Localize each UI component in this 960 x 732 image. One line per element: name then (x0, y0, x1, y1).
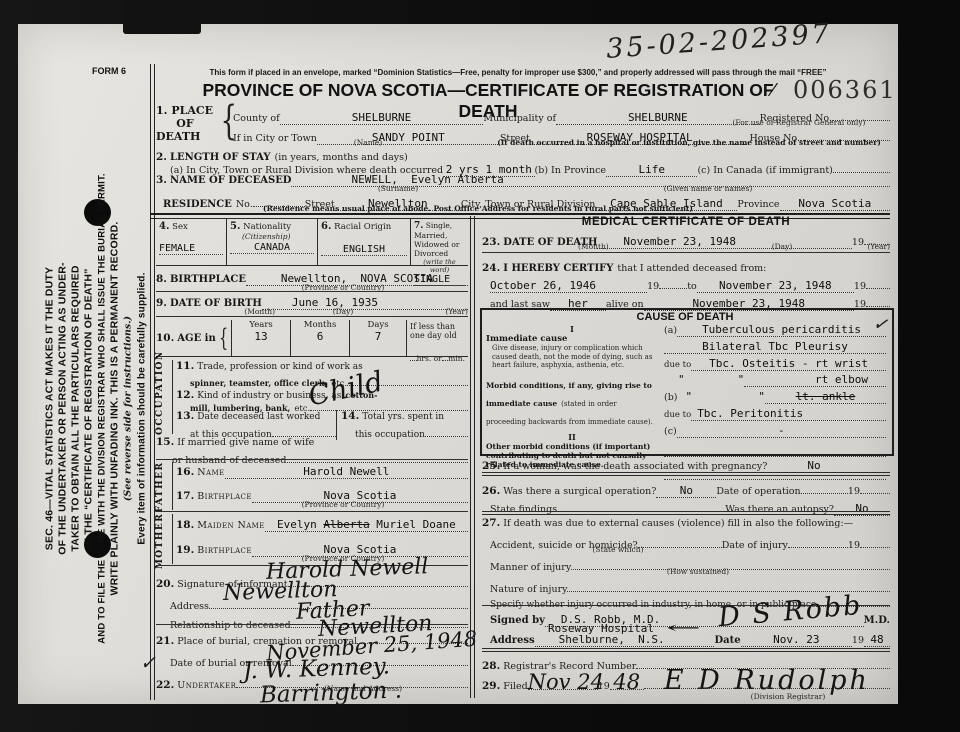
injury-date-field (788, 533, 848, 548)
municipality-label: Municipality of (483, 113, 556, 124)
age-days-cell: Days 7 (349, 320, 406, 356)
mail-note: This form if placed in an envelope, mark… (168, 68, 868, 77)
date-of-death-subs: (Month) (Day) (Year) (578, 242, 890, 251)
cause-a-value: Tuberculous pericarditis (702, 323, 861, 336)
item-number: 26. (482, 485, 500, 497)
dod-day-sub: (Day) (714, 242, 850, 251)
date-label: Date (714, 635, 740, 646)
pregnancy-field: No (767, 458, 890, 473)
item-number: 9. (156, 297, 167, 309)
item-number: 24. (482, 262, 500, 274)
alive-year-field (866, 292, 890, 307)
cause-a4-value: rt elbow (815, 373, 868, 386)
operation-row: 26. Was there a surgical operation? No D… (482, 479, 890, 498)
immediate-cause-note: Give disease, injury or complication whi… (486, 344, 658, 370)
date-value: Nov. 23 (773, 633, 819, 646)
age-months-label: Months (291, 320, 349, 330)
margin-line: Every item of information should be care… (136, 119, 149, 699)
father-name-label: Name (197, 467, 224, 478)
signed-by-label: Signed by (490, 615, 545, 626)
due-to-label: due to (664, 410, 691, 420)
place-label-1: PLACE (171, 104, 213, 117)
cause-a2-value: Bilateral Tbc Pleurisy (702, 340, 848, 353)
cause-b-value: lt. ankle (796, 390, 856, 403)
occupation-side-label: OCCUPATION (155, 355, 165, 435)
occupation-rule (172, 360, 173, 434)
dob-day-sub: (Day) (301, 307, 384, 316)
division-registrar-sub: (Division Registrar) (718, 692, 858, 701)
item-number: 4. (159, 221, 169, 232)
attended-from-field: October 26, 1946 (490, 278, 647, 293)
pregnancy-row: 25. If a woman, was the death associated… (482, 458, 890, 473)
rule (156, 316, 468, 317)
occ-13-field (272, 422, 336, 437)
archive-reference-handwritten: 35-02-202397 (605, 18, 833, 65)
province-value: Nova Scotia (798, 197, 871, 210)
cause-a3-field: Tbc. Osteitis - rt wrist (691, 356, 886, 371)
county-field: SHELBURNE (280, 110, 484, 125)
medical-certificate-title: MEDICAL CERTIFICATE OF DEATH (482, 216, 890, 228)
father-side-label: FATHER (155, 457, 165, 517)
due-to-label: due to (664, 360, 691, 370)
county-label: County of (233, 113, 280, 124)
margin-line: WRITE PLAINLY WITH UNFADING INK. THIS IS… (109, 119, 122, 699)
dob-year-sub: (Year) (385, 307, 468, 316)
form-number: FORM 6 (92, 66, 126, 76)
dod-year-sub: (Year) (850, 242, 890, 251)
age-years-cell: Years 13 (231, 320, 290, 356)
occ-15-line1: If married give name of wife (177, 437, 314, 448)
cause-a2-field: Bilateral Tbc Pleurisy (664, 339, 886, 354)
mother-side-label: MOTHER (155, 509, 165, 573)
mother-maiden-struck: Alberta (323, 518, 369, 531)
immediate-cause-label: Immediate cause (486, 334, 658, 344)
racial-origin-cell: 6. Racial Origin ENGLISH (317, 219, 410, 265)
cause-notes-column: I Immediate cause Give disease, injury o… (486, 324, 658, 469)
place-label-2: OF (156, 117, 214, 130)
item-number: 6. (321, 221, 331, 232)
age-months-value: 6 (291, 330, 349, 343)
operation-value: No (680, 484, 693, 497)
place-of-death-label: 1. PLACE OF DEATH (156, 104, 214, 143)
pregnancy-label: If a woman, was the death associated wit… (503, 461, 767, 472)
signed-year-field: 48 (864, 632, 890, 647)
operation-year-field (860, 479, 890, 494)
cause-c-field: - (677, 423, 886, 438)
dob-subs: (Month) (Day) (Year) (218, 307, 468, 316)
cause-b-field: lt. ankle (765, 389, 886, 404)
scan-notch (123, 0, 201, 34)
mother-maiden-value-a: Evelyn (277, 518, 323, 531)
item-number: 29. (482, 680, 500, 692)
deceased-label: NAME OF DECEASED (170, 175, 292, 186)
mother-rule (172, 514, 173, 564)
residence-note: (Residence means usual place of abode. P… (238, 204, 718, 213)
findings-field (557, 497, 725, 512)
residence-label: RESIDENCE (163, 199, 232, 210)
cause-c-label: (c) (664, 426, 677, 437)
attended-to-field: November 23, 1948 (697, 278, 854, 293)
item-number: 7. (414, 221, 423, 231)
item-number: 2. (156, 151, 167, 163)
age-label: AGE in (177, 333, 215, 344)
injury-year-field (860, 533, 890, 548)
signed-year-value: 48 (870, 633, 883, 646)
manner-label: Manner of injury (490, 562, 571, 573)
other-morbid-field-1 (664, 442, 886, 457)
occ-15: 15.If married give name of wife or husba… (156, 436, 468, 466)
age-days-label: Days (350, 320, 406, 330)
cause-a3-value: Tbc. Osteitis - rt wrist (709, 357, 868, 370)
item-number: 10. (156, 332, 174, 344)
item-number: 3. (156, 174, 167, 186)
year-prefix: 19 (598, 681, 610, 692)
occ-13-line1: Date deceased last worked (197, 412, 320, 422)
rule (156, 459, 468, 460)
item-number: 21. (156, 635, 174, 647)
father-rule (172, 462, 173, 510)
address-value: Shelburne, N.S. (559, 633, 665, 646)
checkmark-icon: ✓ (872, 313, 890, 336)
dob-month-sub: (Month) (218, 307, 301, 316)
scanner-background: SEC. 46—VITAL STATISTICS ACT MAKES IT TH… (0, 0, 960, 732)
place-label-3: DEATH (156, 130, 214, 143)
operation-label: Was there a surgical operation? (503, 486, 656, 497)
province-field: Nova Scotia (780, 196, 890, 211)
rule (156, 511, 468, 512)
attended-from-value: October 26, 1946 (490, 279, 596, 292)
sex-cell: 4. Sex FEMALE (156, 219, 226, 265)
sex-label: Sex (172, 222, 188, 232)
year-prefix: 19 (854, 281, 866, 292)
marital-label-2: Widowed or Divorced (414, 240, 465, 258)
occ-14-line1: Total yrs. spent in (362, 412, 444, 422)
address-date-row: Address Shelburne, N.S. Date Nov. 23 19 … (490, 632, 890, 647)
year-prefix: 19 (852, 635, 864, 646)
item-number: 18. (176, 519, 194, 531)
age-months-cell: Months 6 (290, 320, 349, 356)
age-label-cell: 10. AGE in { (156, 320, 231, 356)
to-label: to (687, 281, 697, 292)
margin-line: OF THE UNDERTAKER OR PERSON ACTING AS UN… (57, 119, 70, 699)
birthplace-label: BIRTHPLACE (170, 274, 246, 285)
father-name-value: Harold Newell (303, 465, 389, 478)
age-hours-cell: If less than one day old hrs. or min. (406, 320, 468, 356)
year-prefix: 19 (848, 486, 860, 497)
external-causes-row: 27. If death was due to external causes … (482, 517, 890, 529)
item-number: 22. (156, 679, 174, 691)
rule (482, 648, 890, 652)
item-number: 13. (176, 410, 194, 422)
cause-a4-ditto: " " (678, 373, 744, 386)
undertaker-label: Undertaker (177, 680, 236, 691)
item-number: 20. (156, 578, 174, 590)
operation-date-label: Date of operation (716, 486, 800, 497)
cause-a-field: Tuberculous pericarditis (677, 322, 886, 337)
address-label: Address (490, 635, 535, 646)
year-prefix: 19 (848, 540, 860, 551)
certify-dates-row: October 26, 1946 19 to November 23, 1948… (490, 274, 890, 293)
cause-b2-field: Tbc. Peritonitis (691, 406, 886, 421)
father-birthplace-label: Birthplace (197, 491, 252, 502)
age-table: 10. AGE in { Years 13 Months 6 Days 7 If… (156, 320, 468, 357)
nationality-cell: 5. Nationality (Citizenship) CANADA (226, 219, 317, 265)
external-causes-label: If death was due to external causes (vio… (503, 518, 853, 529)
filed-year-handwritten: 48 (613, 670, 640, 694)
margin-instructions: SEC. 46—VITAL STATISTICS ACT MAKES IT TH… (44, 119, 149, 699)
filed-row: 29. Filed Nov 24 19 48 E D Rudolph (482, 674, 890, 692)
filed-date-field: Nov 24 (528, 675, 598, 690)
dod-month-sub: (Month) (578, 242, 714, 251)
item-number: 16. (176, 466, 194, 478)
item-number: 14. (341, 410, 359, 422)
nationality-label: Nationality (243, 222, 291, 232)
cause-b-label: (b) (664, 392, 678, 403)
margin-line: TAKER TO OBTAIN ALL THE PARTICULARS REQU… (70, 119, 83, 699)
occ-15-field (287, 448, 468, 463)
cause-b2-value: Tbc. Peritonitis (697, 407, 803, 420)
age-years-value: 13 (232, 330, 290, 343)
city-name-sub: (Name) (298, 138, 438, 147)
state-which-sub: (State which) (558, 545, 678, 554)
cause-a4-field: rt elbow (744, 372, 886, 387)
rule (482, 252, 890, 253)
rule (482, 511, 890, 515)
margin-line: SEC. 46—VITAL STATISTICS ACT MAKES IT TH… (44, 119, 57, 699)
division-registrar-field: E D Rudolph (644, 674, 890, 689)
address-field: Shelburne, N.S. (535, 632, 715, 647)
cause-a-label: (a) (664, 325, 677, 336)
date-field: Nov. 23 (741, 632, 852, 647)
mother-maiden-value-b: Muriel Doane (370, 518, 456, 531)
checkmark-icon: ✓ (140, 652, 156, 674)
age-days-value: 7 (350, 330, 406, 343)
accident-row: Accident, suicide or homicide? Date of i… (490, 533, 890, 551)
father-birthplace-sub: (Province or Country) (268, 500, 418, 509)
certify-label-bold: I HEREBY CERTIFY (503, 263, 613, 274)
nationality-value: CANADA (230, 242, 314, 254)
from-year-field (659, 274, 687, 289)
item-number: 8. (156, 273, 167, 285)
informant-address-label: Address (170, 601, 209, 612)
item-number: 5. (230, 221, 240, 232)
filed-label: Filed (503, 681, 527, 692)
item-number: 23. (482, 236, 500, 248)
demographics-table: 4. Sex FEMALE 5. Nationality (Citizenshi… (156, 218, 468, 266)
md-label: M.D. (864, 615, 890, 626)
to-year-field (866, 274, 890, 289)
racial-origin-label: Racial Origin (334, 222, 391, 232)
operation-date-field (801, 479, 848, 494)
cause-section-2: II (486, 432, 658, 442)
cause-b-ditto: " " (686, 390, 765, 403)
item-number: 17. (176, 490, 194, 502)
nature-field (567, 577, 890, 592)
mother-birthplace-label: Birthplace (197, 545, 252, 556)
hospital-note: (If death occurred in a hospital or inst… (488, 138, 890, 147)
province-label: Province (737, 199, 779, 210)
item-number: 27. (482, 517, 500, 529)
certificate-number-stamp: 006361 (793, 76, 897, 104)
mother-maiden-label: Maiden Name (197, 520, 264, 531)
mother-maiden-row: 18. Maiden Name Evelyn Alberta Muriel Do… (176, 517, 468, 532)
cause-section-1: I (486, 324, 658, 334)
rule (482, 472, 890, 476)
age-less-label: If less than one day old (410, 322, 465, 340)
operation-field: No (656, 483, 716, 498)
how-sustained-sub: (How sustained) (638, 567, 758, 576)
sex-value: FEMALE (159, 243, 223, 255)
margin-line: IN THE “CERTIFICATE OF REGISTRATION OF D… (83, 119, 96, 699)
father-name-row: 16. Name Harold Newell (176, 464, 468, 479)
filed-year-field: 48 (610, 675, 644, 690)
marital-cell: 7. Single, Married, Widowed or Divorced … (410, 219, 468, 265)
injury-date-label: Date of injury (722, 540, 788, 551)
pregnancy-value: No (807, 459, 820, 472)
nationality-sub: (Citizenship) (242, 232, 314, 241)
racial-origin-value: ENGLISH (321, 244, 407, 256)
item-number: 28. (482, 660, 500, 672)
father-name-field: Harold Newell (225, 464, 468, 479)
age-years-label: Years (232, 320, 290, 330)
item-number: 1. (156, 104, 167, 117)
column-divider (470, 216, 475, 698)
item-number: 15. (156, 436, 174, 448)
undertaker-address-handwritten: Barrington . (260, 678, 403, 709)
mother-maiden-field: Evelyn Alberta Muriel Doane (265, 517, 468, 532)
item-number: 19. (176, 544, 194, 556)
cause-values-column: (a)Tuberculous pericarditis Bilateral Tb… (664, 322, 886, 480)
item-number: 25. (482, 460, 500, 472)
certify-label-rest: that I attended deceased from: (617, 263, 766, 274)
stay-c-field (833, 158, 890, 173)
attended-to-value: November 23, 1948 (719, 279, 832, 292)
occ-14-field (425, 422, 468, 437)
year-prefix: 19 (647, 281, 659, 292)
municipality-value: SHELBURNE (628, 111, 688, 124)
county-value: SHELBURNE (352, 111, 412, 124)
rule (156, 291, 468, 292)
cause-c-value: - (778, 424, 785, 437)
margin-line-italic: (See reverse side for instructions.) (122, 119, 136, 699)
filed-date-handwritten: Nov 24 (528, 670, 604, 694)
certificate-page: SEC. 46—VITAL STATISTICS ACT MAKES IT TH… (18, 24, 898, 704)
margin-line: AND TO FILE THE SAME WITH THE DIVISION R… (96, 119, 109, 699)
